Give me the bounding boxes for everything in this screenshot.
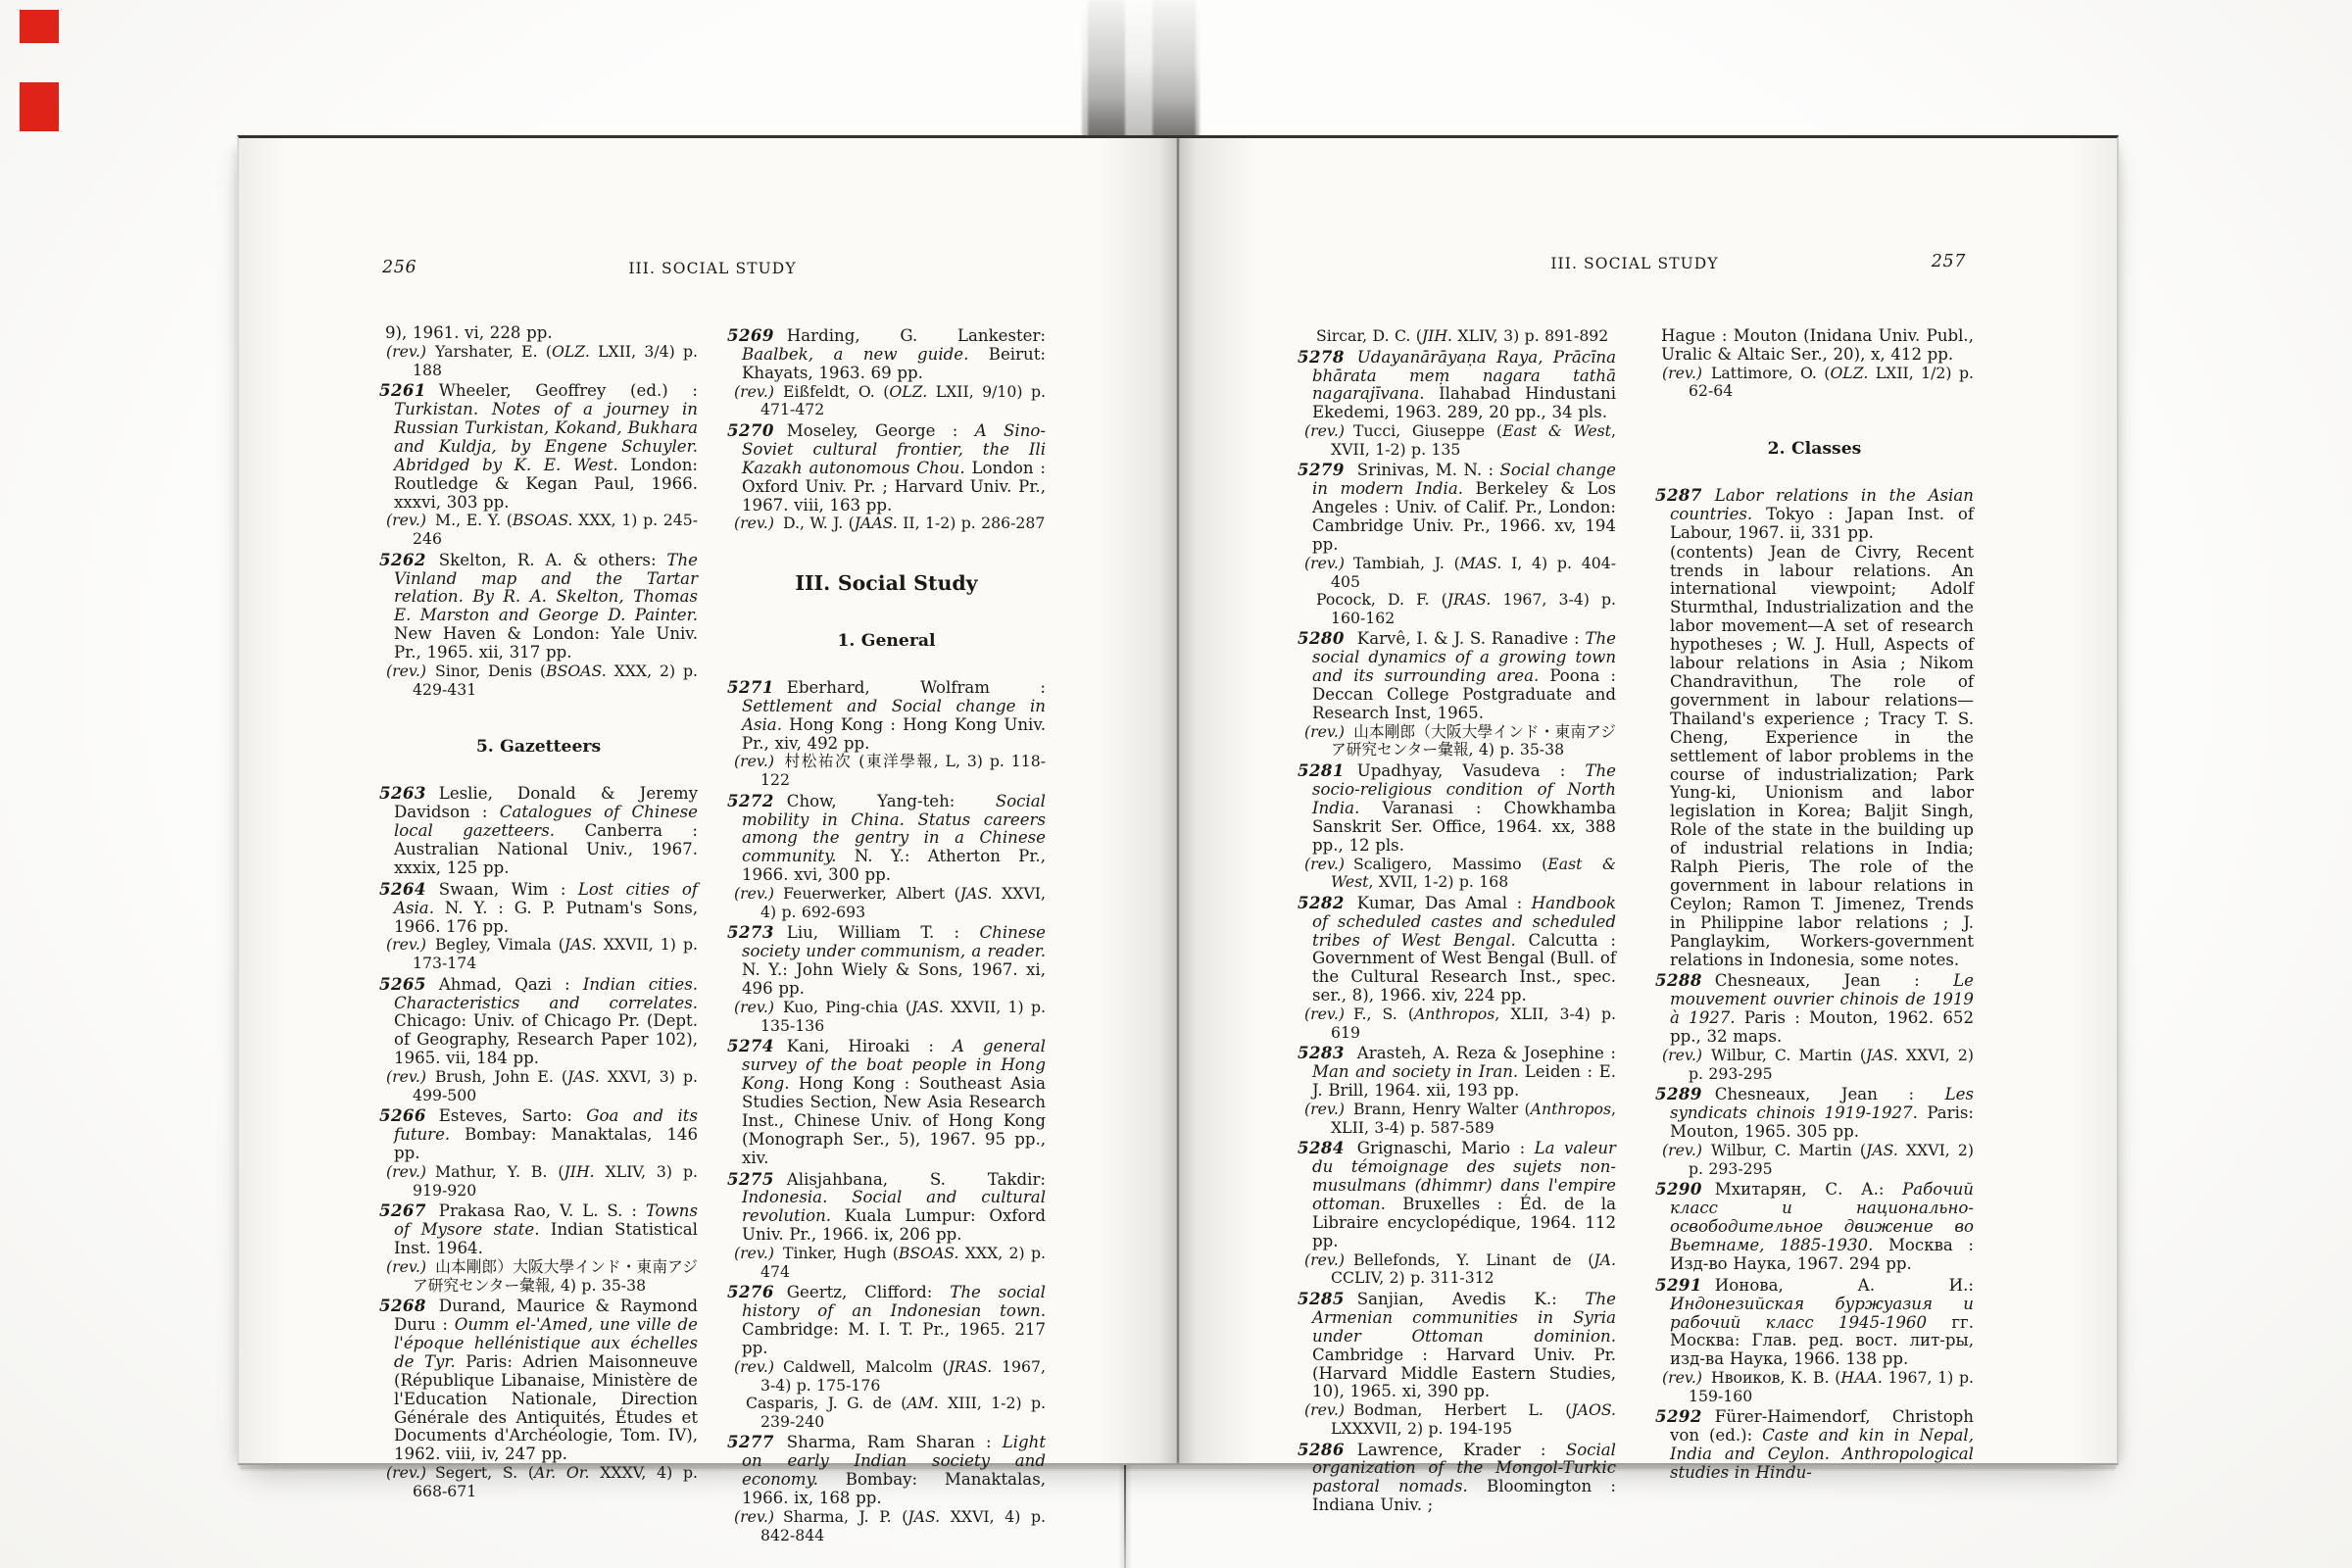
entry-number: 5272 — [727, 791, 774, 810]
bib-entry: 5281Upadhyay, Vasudeva : The socio-relig… — [1298, 761, 1616, 856]
entry-number: 5278 — [1298, 347, 1345, 367]
entry-number: 5283 — [1298, 1043, 1345, 1062]
text-segment: Liu, William T. : — [787, 923, 980, 942]
bib-entry: 5283Arasteh, A. Reza & Josephine : Man a… — [1298, 1044, 1616, 1101]
page-number: 257 — [1932, 252, 1966, 271]
entry-number: 5288 — [1655, 970, 1702, 990]
text-segment: OLZ. — [1830, 364, 1868, 382]
bib-entry: 5286Lawrence, Krader : Social organizati… — [1298, 1441, 1616, 1516]
text-segment: (rev.) — [1662, 1141, 1702, 1159]
review-line: (rev.)Scaligero, Massimo (East & West, X… — [1298, 856, 1616, 892]
bib-entry: 5266Esteves, Sarto: Goa and its future. … — [379, 1106, 698, 1163]
text-segment: Нвоиков, К. В. ( — [1711, 1368, 1840, 1387]
text-segment: JAAS. — [855, 514, 898, 532]
text-segment: Lawrence, Krader : — [1357, 1441, 1566, 1459]
review-line: (rev.)Begley, Vimala (JAS. XXVII, 1) p. … — [379, 936, 698, 972]
text-segment: 2. Classes — [1768, 439, 1862, 459]
bib-entry: 5279Srinivas, M. N. : Social change in m… — [1298, 461, 1616, 555]
text-segment: Kuo, Ping-chia ( — [783, 998, 911, 1016]
text-segment: (contents) Jean de Civry, Recent trends … — [1670, 543, 1974, 969]
text-segment: Sircar, D. C. ( — [1316, 326, 1422, 345]
text-segment: Segert, S. ( — [435, 1463, 534, 1482]
text-segment: N. Y. : G. P. Putnam's Sons, 1966. 176 p… — [394, 899, 698, 936]
text-segment: Lattimore, O. ( — [1711, 364, 1830, 382]
entry-number: 5264 — [379, 879, 426, 899]
text-segment: Hong Kong : Hong Kong Univ. Pr., xiv, 49… — [742, 715, 1046, 753]
text-segment: JRAS. — [949, 1357, 993, 1376]
text-segment: Ar. Or. — [534, 1463, 589, 1482]
review-line: (rev.)D., W. J. (JAAS. II, 1-2) p. 286-2… — [727, 514, 1046, 533]
text-segment: 山本剛郎）大阪大學インド・東南アジア研究センター彙報, 4) p. 35-38 — [413, 1257, 698, 1295]
text-segment: JIH. — [1422, 326, 1452, 345]
text-segment: (rev.) — [386, 342, 426, 361]
text-segment: Geertz, Clifford: — [787, 1283, 950, 1301]
text-segment: 山本剛郎（大阪大學インド・東南アジア研究センター彙報, 4) p. 35-38 — [1331, 722, 1616, 759]
bib-entry: 5285Sanjian, Avedis K.: The Armenian com… — [1298, 1290, 1616, 1401]
text-segment: Sinor, Denis ( — [435, 661, 546, 680]
text-segment: JAOS. — [1571, 1400, 1616, 1419]
entry-number: 5269 — [727, 325, 774, 345]
text-segment: F., S. ( — [1353, 1004, 1414, 1023]
entry-number: 5267 — [379, 1200, 426, 1220]
bib-entry: 5262Skelton, R. A. & others: The Vinland… — [379, 551, 698, 662]
text-segment: (rev.) — [386, 1463, 426, 1482]
entry-number: 5284 — [1298, 1138, 1345, 1157]
text-segment: (rev.) — [734, 1244, 774, 1262]
review-line: (rev.)F., S. (Anthropos, XLII, 3-4) p. 6… — [1298, 1005, 1616, 1042]
text-segment: (rev.) — [1662, 1368, 1702, 1387]
bib-entry: 5264Swaan, Wim : Lost cities of Asia. N.… — [379, 880, 698, 937]
bib-entry: 5288Chesneaux, Jean : Le mouvement ouvri… — [1655, 971, 1974, 1047]
entry-number: 5270 — [727, 420, 774, 440]
bib-entry: 5292Fürer-Haimendorf, Christoph von (ed.… — [1655, 1407, 1974, 1483]
review-line: (rev.)Lattimore, O. (OLZ. LXII, 1/2) p. … — [1655, 365, 1974, 401]
text-segment: JAS. — [911, 998, 944, 1016]
text-segment: Tucci, Giuseppe ( — [1353, 421, 1502, 440]
red-marker-tab — [20, 82, 59, 131]
text-segment: Chicago: Univ. of Chicago Pr. (Dept. of … — [394, 1011, 698, 1067]
entry-number: 5271 — [727, 677, 774, 697]
spine-gap-shadow — [1082, 0, 1200, 138]
text-segment: 村松祐次 (東洋學報, L, 3) p. 118-122 — [760, 752, 1046, 789]
review-line: (rev.)山本剛郎）大阪大學インド・東南アジア研究センター彙報, 4) p. … — [379, 1258, 698, 1295]
text-segment: BSOAS. — [546, 661, 607, 680]
entry-number: 5289 — [1655, 1084, 1702, 1103]
entry-number: 5285 — [1298, 1289, 1345, 1308]
text-segment: Tambiah, J. ( — [1353, 554, 1460, 572]
text-segment: Chesneaux, Jean : — [1715, 1085, 1945, 1103]
page-left: 256 III. SOCIAL STUDY 9), 1961. vi, 228 … — [239, 138, 1178, 1463]
review-line: (rev.)Tucci, Giuseppe (East & West, XVII… — [1298, 422, 1616, 459]
entry-number: 5274 — [727, 1036, 774, 1055]
gutter-fold-line — [1177, 138, 1179, 1463]
text-segment: Bodman, Herbert L. ( — [1353, 1400, 1571, 1419]
review-line: Sircar, D. C. (JIH. XLIV, 3) p. 891-892 — [1298, 327, 1616, 346]
text-column: Sircar, D. C. (JIH. XLIV, 3) p. 891-8925… — [1298, 327, 1616, 1515]
book-scan-photo: 256 III. SOCIAL STUDY 9), 1961. vi, 228 … — [0, 0, 2352, 1568]
entry-number: 5286 — [1298, 1440, 1345, 1459]
book-strap — [1119, 1461, 1131, 1568]
text-segment: Ahmad, Qazi : — [439, 975, 583, 994]
review-line: Casparis, J. G. de (AM. XIII, 1-2) p. 23… — [727, 1395, 1046, 1431]
entry-number: 5262 — [379, 550, 426, 569]
review-line: (rev.)Feuerwerker, Albert (JAS. XXVI, 4)… — [727, 885, 1046, 921]
bib-entry: 5263Leslie, Donald & Jeremy Davidson : C… — [379, 784, 698, 878]
text-segment: Begley, Vimala ( — [435, 935, 564, 954]
bib-entry: 5271Eberhard, Wolfram : Settlement and S… — [727, 678, 1046, 754]
entry-number: 5273 — [727, 922, 774, 942]
text-segment: CCLIV, 2) p. 311-312 — [1331, 1268, 1494, 1287]
entry-number: 5266 — [379, 1105, 426, 1125]
entry-number: 5263 — [379, 783, 426, 803]
text-segment: JAS. — [567, 1067, 600, 1086]
entry-number: 5261 — [379, 380, 426, 400]
entry-number: 5277 — [727, 1432, 774, 1451]
text-segment: N. Y.: John Wiely & Sons, 1967. xi, 496 … — [742, 960, 1046, 998]
contents-note: (contents) Jean de Civry, Recent trends … — [1655, 544, 1974, 970]
text-segment: Sharma, J. P. ( — [783, 1507, 907, 1526]
review-line: (rev.)Wilbur, C. Martin (JAS. XXVI, 2) p… — [1655, 1047, 1974, 1083]
review-line: (rev.)Bellefonds, Y. Linant de (JA. CCLI… — [1298, 1251, 1616, 1288]
text-segment: OLZ. — [552, 342, 590, 361]
review-line: (rev.)Tambiah, J. (MAS. I, 4) p. 404-405 — [1298, 555, 1616, 591]
text-segment: (rev.) — [1304, 722, 1345, 741]
bib-entry: 5287Labor relations in the Asian countri… — [1655, 486, 1974, 543]
subsection-heading: 1. General — [727, 632, 1046, 651]
text-segment: Anthropos — [1531, 1100, 1611, 1118]
text-segment: Skelton, R. A. & others: — [439, 551, 667, 569]
text-segment: Alisjahbana, S. Takdir: — [787, 1170, 1046, 1189]
text-segment: Chow, Yang-teh: — [787, 792, 996, 810]
text-segment: (rev.) — [1304, 1100, 1345, 1118]
text-segment: Arasteh, A. Reza & Josephine : — [1357, 1044, 1616, 1062]
text-segment: (rev.) — [1304, 1250, 1345, 1269]
text-segment: (rev.) — [386, 1257, 426, 1276]
text-segment: (rev.) — [734, 1357, 774, 1376]
bib-entry: 5282Kumar, Das Amal : Handbook of schedu… — [1298, 894, 1616, 1005]
entry-continuation: Hague : Mouton (Inidana Univ. Publ., Ura… — [1655, 327, 1974, 365]
text-segment: Harding, G. Lankester: — [787, 326, 1046, 345]
text-segment: JAS. — [1866, 1046, 1898, 1064]
text-segment: Eißfeldt, O. ( — [783, 382, 889, 401]
text-segment: Chesneaux, Jean : — [1715, 971, 1953, 990]
text-segment: (rev.) — [734, 752, 774, 770]
text-segment: Cambridge: M. I. T. Pr., 1965. 217 pp. — [742, 1320, 1046, 1357]
bib-entry: 5270Moseley, George : A Sino-Soviet cult… — [727, 421, 1046, 515]
text-segment: (rev.) — [386, 511, 426, 529]
text-segment: Tinker, Hugh ( — [783, 1244, 899, 1262]
text-segment: Karvê, I. & J. S. Ranadive : — [1357, 629, 1586, 648]
red-marker-tab — [20, 10, 59, 43]
review-line: (rev.)山本剛郎（大阪大學インド・東南アジア研究センター彙報, 4) p. … — [1298, 723, 1616, 759]
bib-entry: 5290Мхитарян, С. А.: Рабочий класс и нац… — [1655, 1180, 1974, 1274]
text-segment: Ионова, А. И.: — [1715, 1276, 1974, 1295]
text-segment: (rev.) — [734, 998, 774, 1016]
bib-entry: 5278Udayanārāyaṇa Raya, Prācīna bhārata … — [1298, 348, 1616, 423]
text-segment: JAS. — [564, 935, 597, 954]
review-line: (rev.)Brush, John E. (JAS. XXVI, 3) p. 4… — [379, 1068, 698, 1104]
text-segment: Kani, Hiroaki : — [787, 1037, 953, 1055]
text-segment: Yarshater, E. ( — [435, 342, 552, 361]
text-segment: Esteves, Sarto: — [439, 1106, 586, 1125]
bib-entry: 5269Harding, G. Lankester: Baalbek, a ne… — [727, 326, 1046, 383]
text-segment: 1. General — [837, 631, 935, 651]
entry-continuation: 9), 1961. vi, 228 pp. — [379, 324, 698, 343]
text-segment: Wilbur, C. Martin ( — [1711, 1141, 1866, 1159]
entry-number: 5280 — [1298, 628, 1345, 648]
text-segment: Casparis, J. G. de ( — [746, 1394, 906, 1412]
text-segment: JAS. — [960, 884, 993, 903]
text-segment: Мхитарян, С. А.: — [1715, 1180, 1902, 1199]
text-segment: Prakasa Rao, V. L. S. : — [439, 1201, 646, 1220]
review-line: Pocock, D. F. (JRAS. 1967, 3-4) p. 160-1… — [1298, 591, 1616, 627]
text-segment: East & West — [1502, 421, 1611, 440]
entry-number: 5282 — [1298, 893, 1345, 912]
running-head: III. SOCIAL STUDY — [379, 260, 1046, 277]
text-segment: JAS. — [1866, 1141, 1898, 1159]
text-segment: II, 1-2) p. 286-287 — [898, 514, 1046, 532]
review-line: (rev.)Tinker, Hugh (BSOAS. XXX, 2) p. 47… — [727, 1245, 1046, 1281]
review-line: (rev.)Kuo, Ping-chia (JAS. XXVII, 1) p. … — [727, 999, 1046, 1035]
text-segment: Caldwell, Malcolm ( — [783, 1357, 949, 1376]
text-column: 5269Harding, G. Lankester: Baalbek, a ne… — [727, 324, 1046, 1544]
entry-number: 5276 — [727, 1282, 774, 1301]
text-segment: JA. — [1593, 1250, 1616, 1269]
text-segment: (rev.) — [386, 1067, 426, 1086]
review-line: (rev.)Brann, Henry Walter (Anthropos, XL… — [1298, 1101, 1616, 1137]
text-segment: Moseley, George : — [787, 421, 975, 440]
bib-entry: 5268Durand, Maurice & Raymond Duru : Oum… — [379, 1297, 698, 1464]
text-segment: 5. Gazetteers — [476, 737, 601, 757]
text-segment: Sanjian, Avedis K.: — [1357, 1290, 1586, 1308]
text-segment: (rev.) — [734, 884, 774, 903]
bib-entry: 5274Kani, Hiroaki : A general survey of … — [727, 1037, 1046, 1167]
bib-entry: 5272Chow, Yang-teh: Social mobility in C… — [727, 792, 1046, 886]
text-segment: Anthropos — [1414, 1004, 1494, 1023]
text-segment: III. Social Study — [795, 571, 977, 595]
text-segment: Brann, Henry Walter ( — [1353, 1100, 1531, 1118]
text-segment: Wheeler, Geoffrey (ed.) : — [439, 381, 698, 400]
review-line: (rev.)Yarshater, E. (OLZ. LXII, 3/4) p. … — [379, 343, 698, 379]
bib-entry: 5280Karvê, I. & J. S. Ranadive : The soc… — [1298, 629, 1616, 723]
text-segment: (rev.) — [1662, 364, 1702, 382]
text-segment: (rev.) — [1304, 1004, 1345, 1023]
text-segment: XLIV, 3) p. 891-892 — [1452, 326, 1608, 345]
text-segment: НАА. — [1840, 1368, 1882, 1387]
review-line: (rev.)Нвоиков, К. В. (НАА. 1967, 1) p. 1… — [1655, 1369, 1974, 1405]
bib-entry: 5267Prakasa Rao, V. L. S. : Towns of Mys… — [379, 1201, 698, 1258]
text-segment: Swaan, Wim : — [439, 880, 578, 899]
text-segment: JAS. — [907, 1507, 940, 1526]
text-segment: (rev.) — [1304, 855, 1345, 873]
open-book: 256 III. SOCIAL STUDY 9), 1961. vi, 228 … — [237, 135, 2119, 1465]
text-segment: (rev.) — [1304, 421, 1345, 440]
review-line: (rev.)Sharma, J. P. (JAS. XXVI, 4) p. 84… — [727, 1508, 1046, 1544]
text-segment: (rev.) — [386, 1162, 426, 1181]
text-segment: MAS. — [1460, 554, 1502, 572]
review-line: (rev.)村松祐次 (東洋學報, L, 3) p. 118-122 — [727, 753, 1046, 789]
text-segment: Grignaschi, Mario : — [1357, 1139, 1535, 1157]
text-segment: Brush, John E. ( — [435, 1067, 567, 1086]
bib-entry: 5277Sharma, Ram Sharan : Light on early … — [727, 1433, 1046, 1508]
text-segment: , XVII, 1-2) p. 168 — [1368, 872, 1508, 891]
subsection-heading: 5. Gazetteers — [379, 738, 698, 757]
review-line: (rev.)Wilbur, C. Martin (JAS. XXVI, 2) p… — [1655, 1142, 1974, 1178]
running-head: III. SOCIAL STUDY — [1296, 255, 1974, 272]
text-segment: Srinivas, M. N. : — [1357, 461, 1500, 479]
entry-number: 5275 — [727, 1169, 774, 1189]
entry-number: 5265 — [379, 974, 426, 994]
text-segment: Wilbur, C. Martin ( — [1711, 1046, 1866, 1064]
subsection-heading: 2. Classes — [1655, 440, 1974, 459]
text-segment: (rev.) — [1662, 1046, 1702, 1064]
text-segment: (rev.) — [1304, 554, 1345, 572]
entry-number: 5290 — [1655, 1179, 1702, 1199]
text-segment: LXXXVII, 2) p. 194-195 — [1331, 1419, 1512, 1438]
text-segment: JRAS. — [1447, 590, 1492, 609]
entry-number: 5287 — [1655, 485, 1702, 505]
text-segment: Man and society in Iran. — [1312, 1062, 1518, 1081]
text-segment: (rev.) — [734, 1507, 774, 1526]
entry-number: 5279 — [1298, 460, 1345, 479]
text-segment: OLZ. — [889, 382, 927, 401]
review-line: (rev.)Bodman, Herbert L. (JAOS. LXXXVII,… — [1298, 1401, 1616, 1438]
bib-entry: 5289Chesneaux, Jean : Les syndicats chin… — [1655, 1085, 1974, 1142]
review-line: (rev.)Mathur, Y. B. (JIH. XLIV, 3) p. 91… — [379, 1163, 698, 1200]
bib-entry: 5273Liu, William T. : Chinese society un… — [727, 923, 1046, 999]
entry-number: 5268 — [379, 1296, 426, 1315]
text-column: Hague : Mouton (Inidana Univ. Publ., Ura… — [1655, 327, 1974, 1483]
text-segment: JIH. — [564, 1162, 595, 1181]
entry-number: 5291 — [1655, 1275, 1702, 1295]
text-segment: AM. — [906, 1394, 938, 1412]
text-segment: (rev.) — [734, 514, 774, 532]
text-segment: Feuerwerker, Albert ( — [783, 884, 960, 903]
text-segment: D., W. J. ( — [783, 514, 855, 532]
review-line: (rev.)Sinor, Denis (BSOAS. XXX, 2) p. 42… — [379, 662, 698, 699]
text-segment: BSOAS. — [513, 511, 573, 529]
review-line: (rev.)Eißfeldt, O. (OLZ. LXII, 9/10) p. … — [727, 383, 1046, 419]
text-segment: Mathur, Y. B. ( — [435, 1162, 563, 1181]
entry-number: 5292 — [1655, 1406, 1702, 1426]
text-segment: M., E. Y. ( — [435, 511, 513, 529]
text-segment: 9), 1961. vi, 228 pp. — [385, 323, 553, 342]
text-segment: Eberhard, Wolfram : — [787, 678, 1046, 697]
bib-entry: 5284Grignaschi, Mario : La valeur du tém… — [1298, 1139, 1616, 1250]
text-segment: New Haven & London: Yale Univ. Pr., 1965… — [394, 624, 698, 661]
text-segment: Upadhyay, Vasudeva : — [1357, 761, 1586, 780]
section-heading: III. Social Study — [727, 574, 1046, 593]
bib-entry: 5275Alisjahbana, S. Takdir: Indonesia. S… — [727, 1170, 1046, 1246]
page-right: III. SOCIAL STUDY 257 Sircar, D. C. (JIH… — [1178, 138, 2117, 1463]
bib-entry: 5276Geertz, Clifford: The social history… — [727, 1283, 1046, 1358]
text-segment: (rev.) — [1304, 1400, 1345, 1419]
text-segment: Kumar, Das Amal : — [1357, 894, 1532, 912]
text-segment: Hague : Mouton (Inidana Univ. Publ., Ura… — [1661, 326, 1974, 364]
text-segment: Baalbek, a new guide. — [742, 345, 968, 364]
text-segment: Bellefonds, Y. Linant de ( — [1353, 1250, 1593, 1269]
review-line: (rev.)Segert, S. (Ar. Or. XXXV, 4) p. 66… — [379, 1464, 698, 1500]
review-line: (rev.)Caldwell, Malcolm (JRAS. 1967, 3-4… — [727, 1358, 1046, 1395]
bib-entry: 5261Wheeler, Geoffrey (ed.) : Turkistan.… — [379, 381, 698, 512]
text-segment: (rev.) — [734, 382, 774, 401]
text-segment: (rev.) — [386, 661, 426, 680]
text-segment: BSOAS. — [899, 1244, 959, 1262]
text-segment: Sharma, Ram Sharan : — [787, 1433, 1003, 1451]
text-segment: Cambridge : Harvard Univ. Pr. (Harvard M… — [1312, 1346, 1616, 1401]
text-segment: Scaligero, Massimo ( — [1353, 855, 1547, 873]
bib-entry: 5291Ионова, А. И.: Индонезийская буржуаз… — [1655, 1276, 1974, 1370]
entry-number: 5281 — [1298, 760, 1345, 780]
text-column: 9), 1961. vi, 228 pp.(rev.)Yarshater, E.… — [379, 324, 698, 1500]
text-segment: (rev.) — [386, 935, 426, 954]
text-segment: Pocock, D. F. ( — [1316, 590, 1447, 609]
review-line: (rev.)M., E. Y. (BSOAS. XXX, 1) p. 245-2… — [379, 512, 698, 548]
bib-entry: 5265Ahmad, Qazi : Indian cities. Charact… — [379, 975, 698, 1069]
